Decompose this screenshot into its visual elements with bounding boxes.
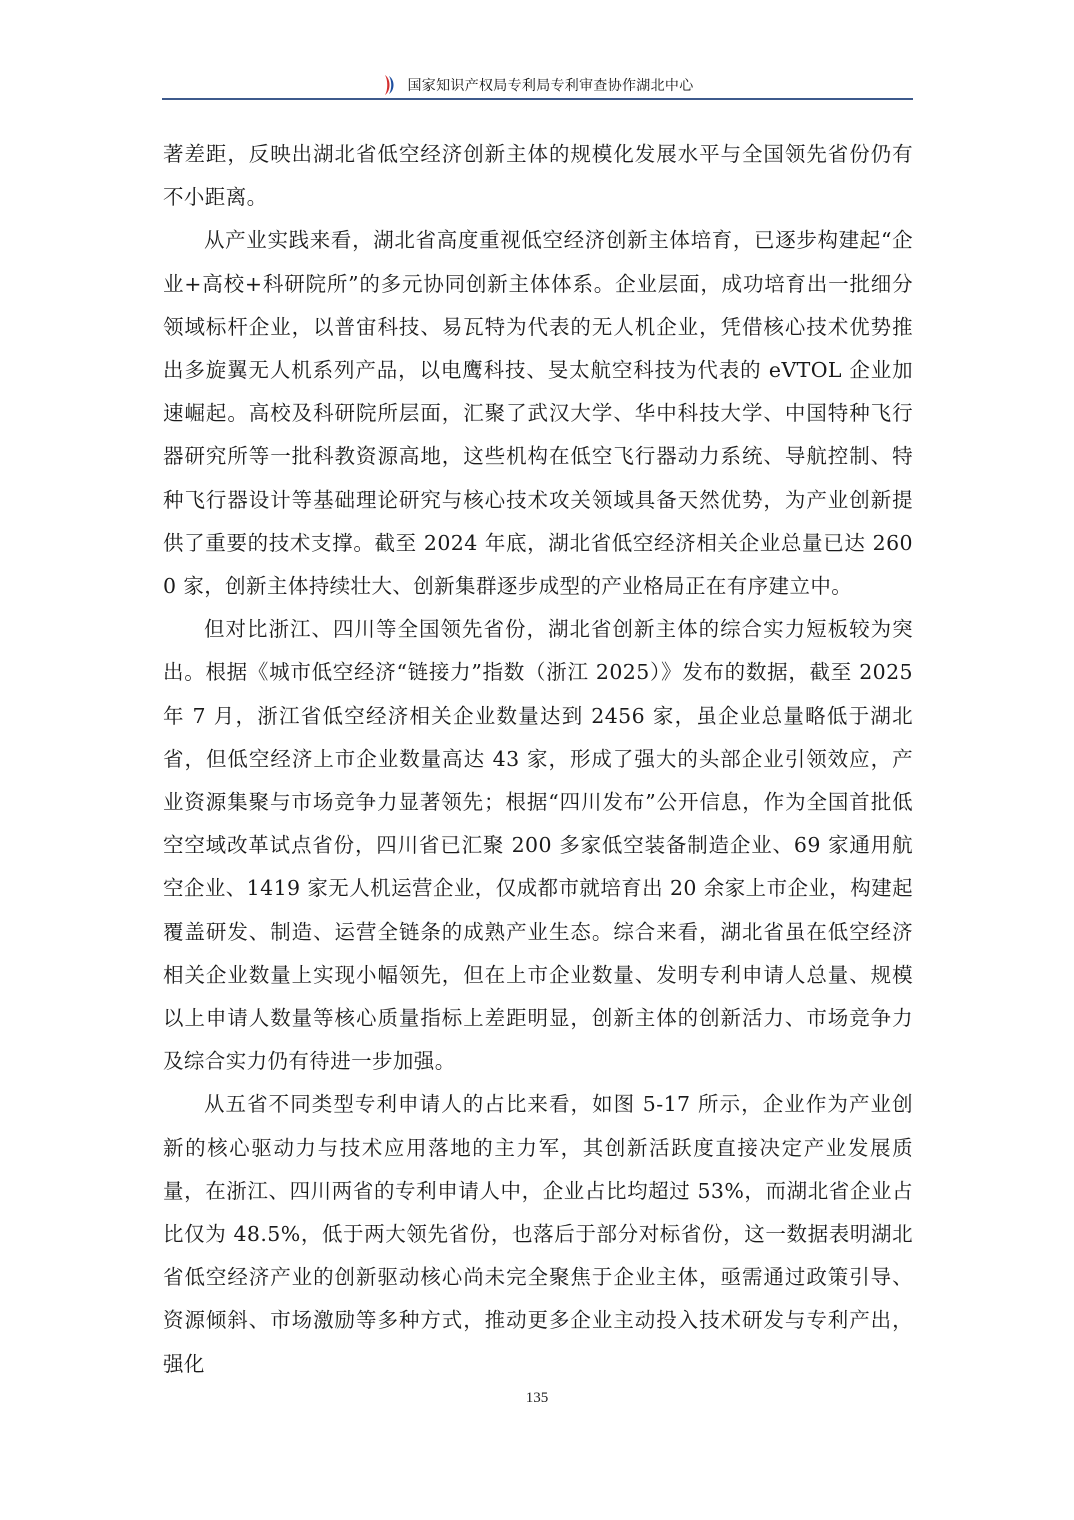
page-number: 135 [0, 1390, 1074, 1407]
paragraph-industry-practice: 从产业实践来看，湖北省高度重视低空经济创新主体培育，已逐步构建起“企业+高校+科… [163, 219, 913, 608]
paragraph-applicant-share: 从五省不同类型专利申请人的占比来看，如图 5-17 所示，企业作为产业创新的核心… [163, 1083, 913, 1385]
header-divider [162, 98, 913, 100]
header-content: 国家知识产权局专利局专利审查协作湖北中心 [162, 72, 913, 98]
swoosh-logo-icon [382, 74, 396, 96]
paragraph-continued: 著差距，反映出湖北省低空经济创新主体的规模化发展水平与全国领先省份仍有不小距离。 [163, 133, 913, 219]
document-body: 著差距，反映出湖北省低空经济创新主体的规模化发展水平与全国领先省份仍有不小距离。… [163, 133, 913, 1386]
header-title: 国家知识产权局专利局专利审查协作湖北中心 [408, 75, 694, 95]
paragraph-comparison: 但对比浙江、四川等全国领先省份，湖北省创新主体的综合实力短板较为突出。根据《城市… [163, 608, 913, 1083]
page-header: 国家知识产权局专利局专利审查协作湖北中心 [162, 72, 913, 100]
